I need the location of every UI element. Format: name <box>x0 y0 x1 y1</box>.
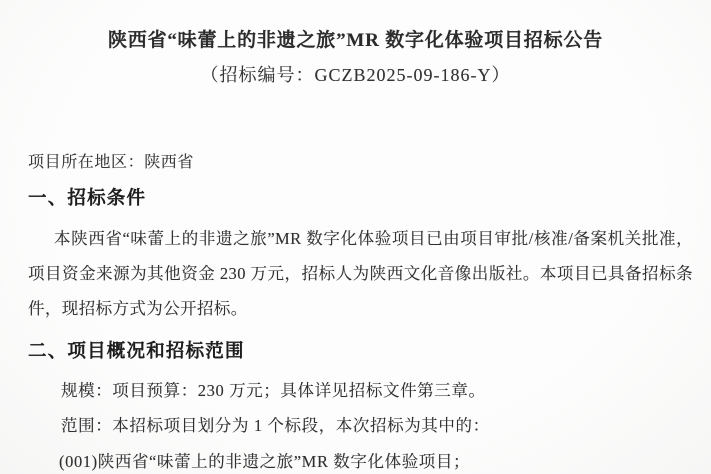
project-location-line: 项目所在地区：陕西省 <box>28 149 691 172</box>
tender-number: （招标编号：GCZB2025-09-186-Y） <box>0 61 711 87</box>
project-scale-line: 规模：项目预算：230 万元；具体详见招标文件第三章。 <box>61 377 693 401</box>
section-2-heading: 二、项目概况和招标范围 <box>28 337 245 363</box>
document-title: 陕西省“味蕾上的非遗之旅”MR 数字化体验项目招标公告 <box>0 25 711 52</box>
section-1-paragraph: 本陕西省“味蕾上的非遗之旅”MR 数字化体验项目已由项目审批/核准/备案机关批准… <box>28 221 693 326</box>
tender-announcement-document: 陕西省“味蕾上的非遗之旅”MR 数字化体验项目招标公告 （招标编号：GCZB20… <box>0 0 711 474</box>
section-1-heading: 一、招标条件 <box>28 184 146 210</box>
lot-001-line: (001)陕西省“味蕾上的非遗之旅”MR 数字化体验项目； <box>59 448 693 472</box>
project-scope-line: 范围：本招标项目划分为 1 个标段，本次招标为其中的： <box>61 412 693 436</box>
